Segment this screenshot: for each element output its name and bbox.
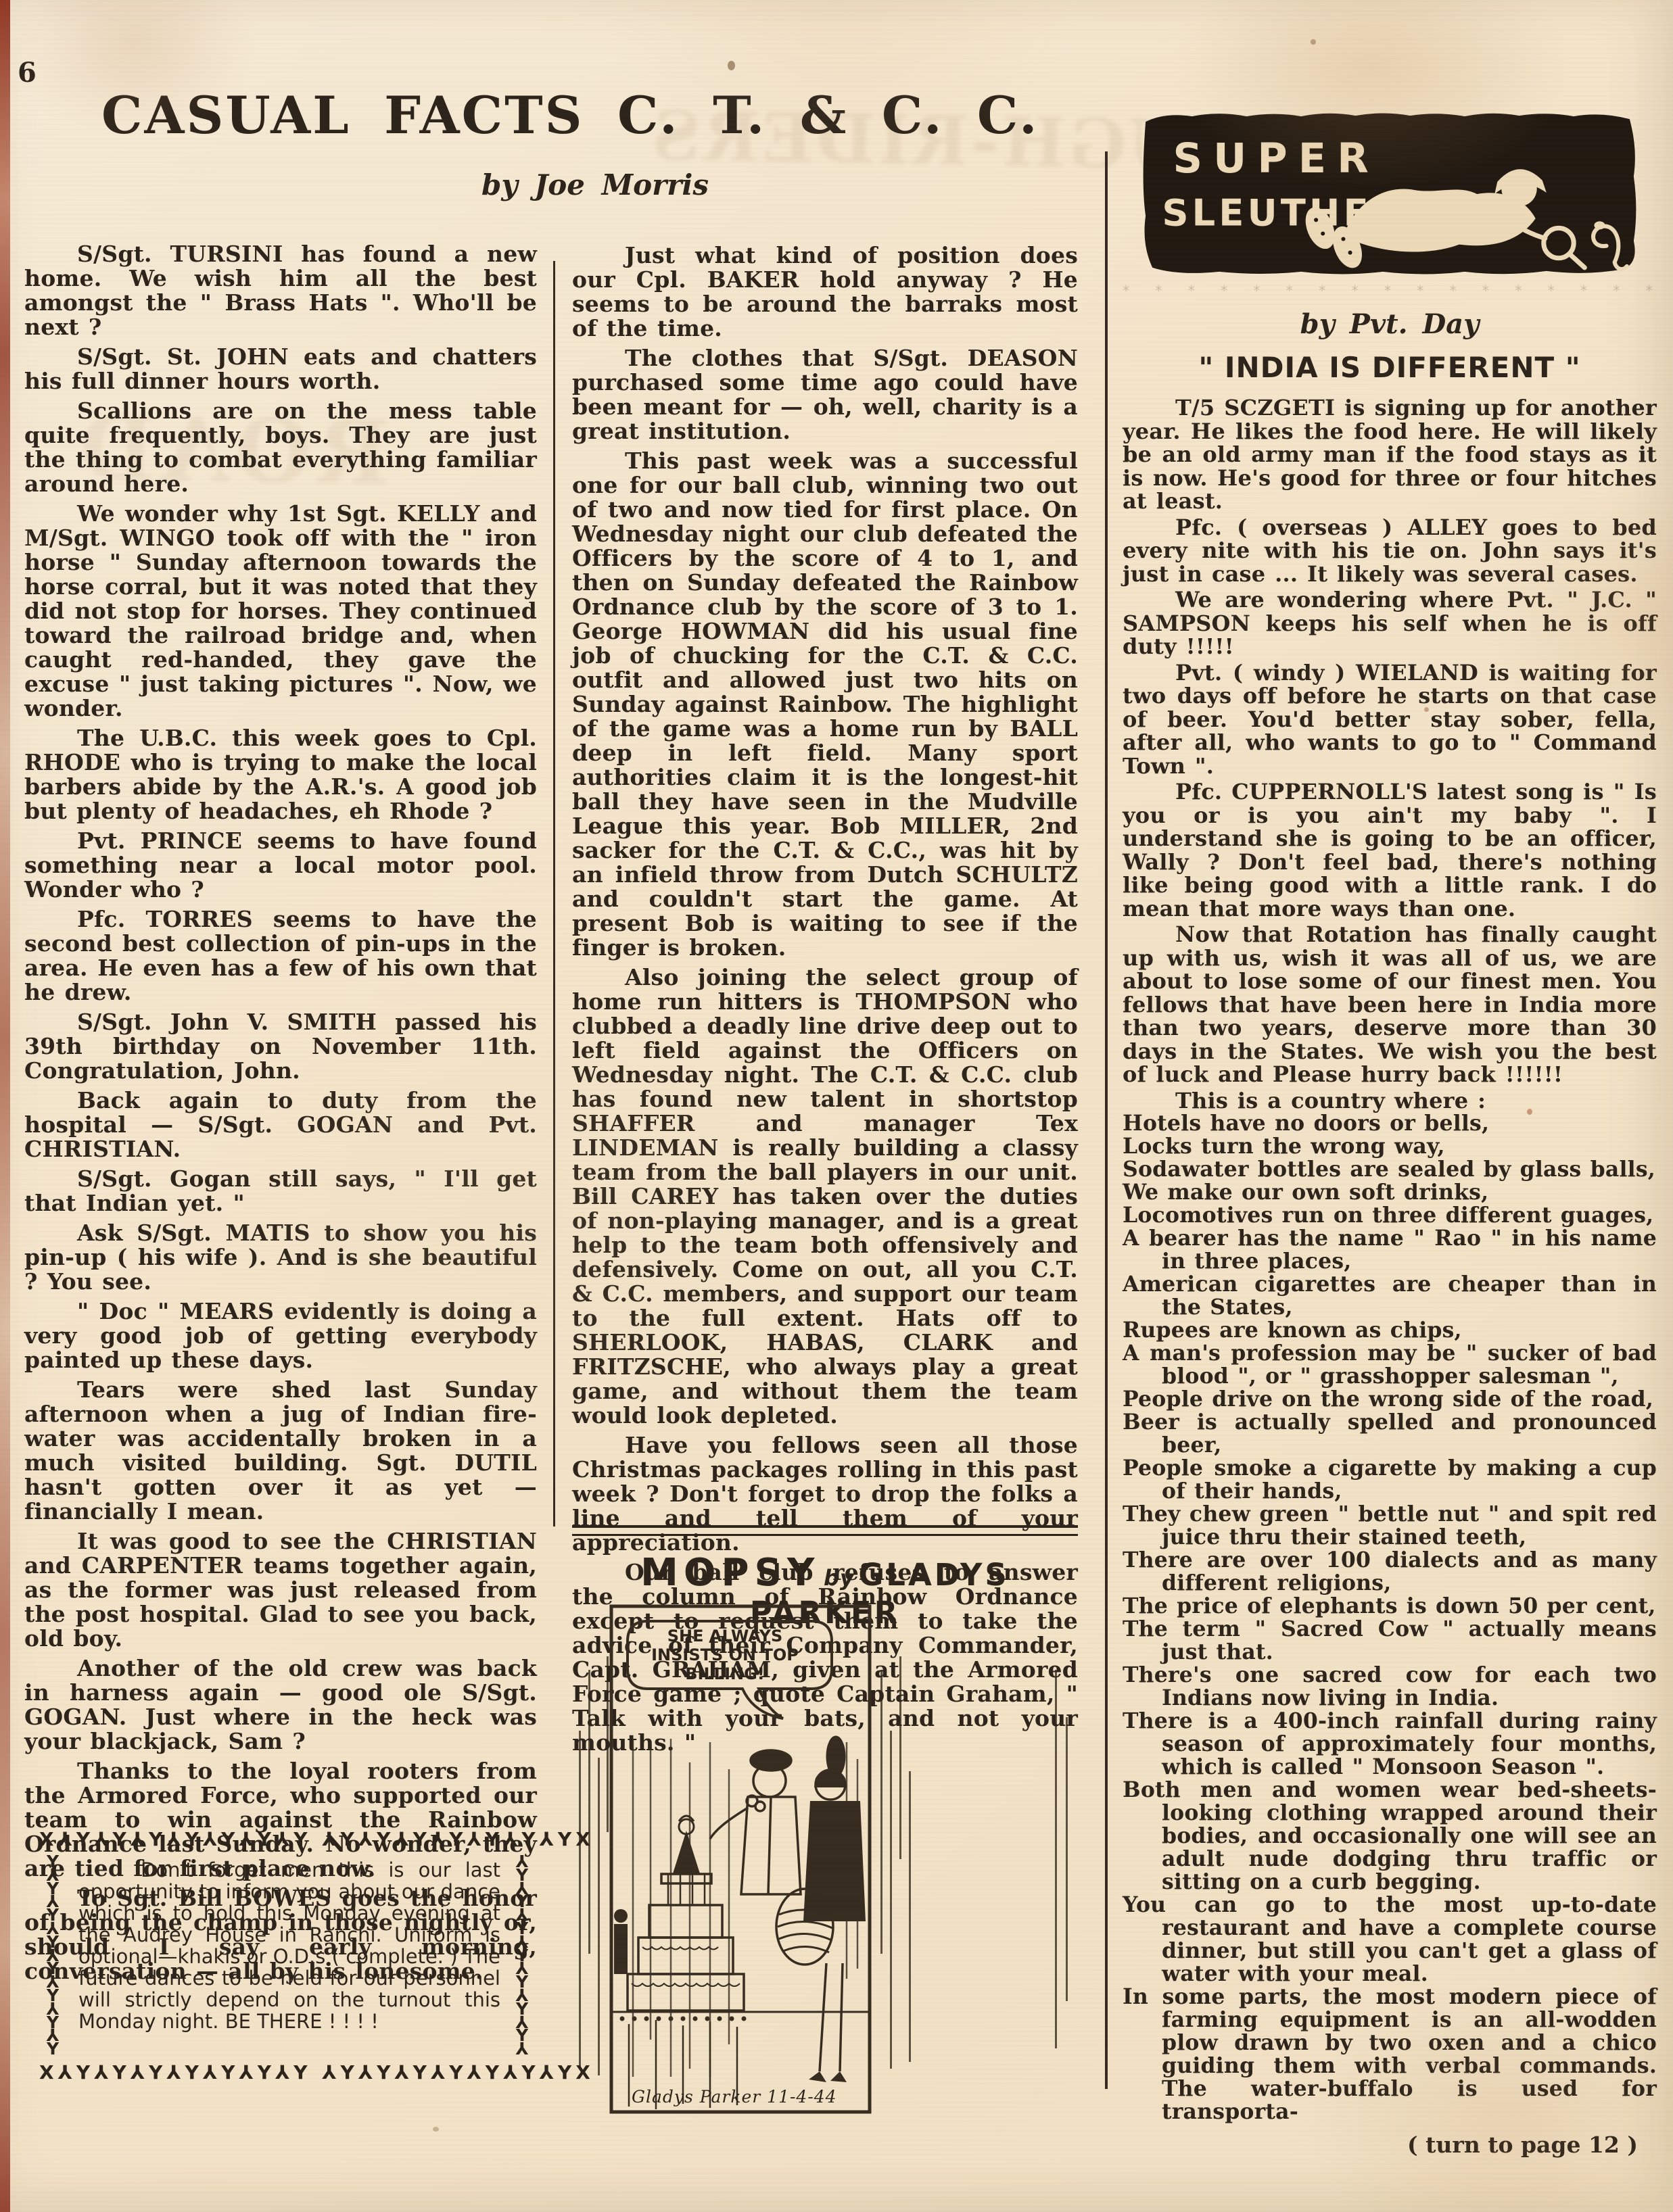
paragraph: Ask S/Sgt. MATIS to show you his pin-up … [24, 1221, 537, 1294]
country-list-intro: This is a country where : [1123, 1089, 1657, 1113]
paragraph: The U.B.C. this week goes to Cpl. RHODE … [24, 726, 537, 823]
right-article-body: T/5 SCZGETI is signing up for another ye… [1123, 396, 1657, 2158]
comic-by-label: by [824, 1565, 855, 1591]
paragraph: The clothes that S/Sgt. DEASON purchased… [572, 346, 1078, 443]
wedding-cake [628, 1874, 744, 2011]
groom-figure [614, 1909, 628, 1974]
paper-speck [1527, 1109, 1532, 1115]
country-list-item: American cigarettes are cheaper than in … [1123, 1273, 1657, 1319]
paragraph: Have you fellows seen all those Christma… [572, 1433, 1078, 1555]
country-list-item: There are over 100 dialects and as many … [1123, 1549, 1657, 1595]
country-list-item: Beer is actually spelled and pronounced … [1123, 1411, 1657, 1457]
paragraph: S/Sgt. St. JOHN eats and chatters his fu… [24, 345, 537, 393]
country-list-item: Sodawater bottles are sealed by glass ba… [1123, 1158, 1657, 1181]
comic-signature: Gladys Parker 11-4-44 [632, 2087, 837, 2107]
paragraph: Another of the old crew was back in harn… [24, 1656, 537, 1754]
right-column: SUPER SLEUTHERS [1123, 108, 1657, 2158]
country-list-item: We make our own soft drinks, [1123, 1181, 1657, 1204]
country-list-item: Rupees are known as chips, [1123, 1319, 1657, 1342]
banner-art: SUPER SLEUTHERS [1123, 108, 1657, 279]
column-divider-left-middle [553, 261, 555, 1526]
comic-title: MOPSY [640, 1551, 820, 1595]
country-list-item: Locomotives run on three different guage… [1123, 1204, 1657, 1227]
country-list-item: A bearer has the name " Rao " in his nam… [1123, 1227, 1657, 1273]
decorative-line [909, 1771, 911, 2062]
country-list-item: Hotels have no doors or bells, [1123, 1112, 1657, 1135]
woman-front [710, 1750, 801, 1894]
paragraph: We wonder why 1st Sgt. KELLY and M/Sgt. … [24, 502, 537, 721]
paragraph: S/Sgt. Gogan still says, " I'll get that… [24, 1167, 537, 1216]
paragraph: Pfc. ( overseas ) ALLEY goes to bed ever… [1123, 516, 1657, 586]
binding-edge [0, 0, 10, 2212]
country-list-item: A man's profession may be " sucker of ba… [1123, 1342, 1657, 1388]
paragraph: Just what kind of position does our Cpl.… [572, 243, 1078, 341]
left-column: S/Sgt. TURSINI has found a new home. We … [24, 242, 537, 1989]
country-list-item: In some parts, the most modern piece of … [1123, 1986, 1657, 2123]
dance-announcement-text: Don't forget men this is our last opport… [78, 1859, 500, 2032]
super-sleuthers-banner: SUPER SLEUTHERS [1123, 108, 1657, 279]
country-list-item: Locks turn the wrong way, [1123, 1135, 1657, 1158]
article-byline: by Joe Morris [101, 168, 1001, 201]
comic-panel: SHE ALWAYS INSISTS ON TOP BILLING! Glady… [609, 1604, 872, 2115]
article-title: CASUAL FACTS C. T. & C. C. [101, 85, 1001, 145]
right-article-byline: by Pvt. Day [1123, 308, 1657, 340]
column-divider-middle-right [1105, 151, 1108, 2089]
paragraph: Also joining the select group of home ru… [572, 965, 1078, 1428]
box-border-right: ⅄Y⅄Y⅄Y⅄Y⅄Y⅄Y⅄Y⅄ [511, 1855, 533, 2057]
newspaper-page: ROAD ROUGH-RIDERS 6 CASUAL FACTS C. T. &… [0, 0, 1673, 2212]
country-list-item: There is a 400-inch rainfall during rain… [1123, 1710, 1657, 1779]
paper-speck [1311, 39, 1316, 45]
paragraph: This past week was a successful one for … [572, 449, 1078, 960]
paragraph: Tears were shed last Sunday afternoon wh… [24, 1378, 537, 1524]
paragraph: It was good to see the CHRISTIAN and CAR… [24, 1529, 537, 1651]
continuation-note: ( turn to page 12 ) [1123, 2132, 1657, 2158]
paper-speck [1424, 707, 1429, 712]
paragraph: Pvt. ( windy ) WIELAND is waiting for tw… [1123, 661, 1657, 778]
country-list-item: The price of elephants is down 50 per ce… [1123, 1595, 1657, 1618]
paragraph: Pfc. TORRES seems to have the second bes… [24, 907, 537, 1005]
banner-title-line1: SUPER [1173, 135, 1379, 183]
paper-speck [433, 2127, 439, 2132]
paragraph: Pfc. CUPPERNOLL'S latest song is " Is yo… [1123, 780, 1657, 920]
speech-bubble-text: SHE ALWAYS INSISTS ON TOP BILLING! [633, 1625, 817, 1685]
dance-announcement-box: X⅄Y⅄Y⅄Y⅄Y⅄Y⅄Y⅄Y ⅄Y⅄Y⅄Y⅄Y⅄Y⅄Y⅄YX Y⅄Y⅄Y⅄Y⅄… [39, 1829, 536, 2082]
country-list-item: There's one sacred cow for each two Indi… [1123, 1664, 1657, 1710]
box-border-top: X⅄Y⅄Y⅄Y⅄Y⅄Y⅄Y⅄Y ⅄Y⅄Y⅄Y⅄Y⅄Y⅄Y⅄YX [39, 1828, 536, 1850]
paragraph: Pvt. PRINCE seems to have found somethin… [24, 829, 537, 902]
decorative-line [579, 1731, 581, 2069]
right-article-heading: " INDIA IS DIFFERENT " [1123, 351, 1657, 384]
paragraph: " Doc " MEARS evidently is doing a very … [24, 1299, 537, 1372]
paragraph: We are wondering where Pvt. " J.C. " SAM… [1123, 588, 1657, 658]
cloth-dots [620, 2017, 747, 2021]
decorative-line [890, 1731, 892, 2069]
country-list-item: Both men and women wear bed-sheets-looki… [1123, 1779, 1657, 1894]
country-list-item: People smoke a cigarette by making a cup… [1123, 1457, 1657, 1503]
paragraph: Now that Rotation has finally caught up … [1123, 923, 1657, 1086]
paragraph: Back again to duty from the hospital — S… [24, 1088, 537, 1161]
paragraph: Scallions are on the mess table quite fr… [24, 399, 537, 496]
bride-topper [674, 1816, 699, 1873]
paragraph: S/Sgt. John V. SMITH passed his 39th bir… [24, 1010, 537, 1083]
decorative-asterisk-row: * * * * * * * * * * * * * * * * * * [1123, 283, 1657, 299]
section-divider-rule [572, 1525, 1078, 1536]
paragraph: S/Sgt. TURSINI has found a new home. We … [24, 242, 537, 339]
box-border-bottom: X⅄Y⅄Y⅄Y⅄Y⅄Y⅄Y⅄Y ⅄Y⅄Y⅄Y⅄Y⅄Y⅄Y⅄YX [39, 2061, 536, 2084]
article-header: CASUAL FACTS C. T. & C. C. by Joe Morris [101, 85, 1001, 201]
paper-speck [728, 61, 735, 70]
box-border-left: Y⅄Y⅄Y⅄Y⅄Y⅄Y⅄Y⅄Y [42, 1855, 64, 2057]
page-number: 6 [18, 57, 37, 89]
country-list-item: They chew green " bettle nut " and spit … [1123, 1503, 1657, 1549]
country-list-item: People drive on the wrong side of the ro… [1123, 1388, 1657, 1411]
country-list-item: You can go to the most up-to-date restau… [1123, 1894, 1657, 1986]
woman-back [776, 1736, 866, 2082]
paragraph: T/5 SCZGETI is signing up for another ye… [1123, 396, 1657, 513]
decorative-line [598, 1758, 600, 2075]
country-list-item: The term " Sacred Cow " actually means j… [1123, 1618, 1657, 1664]
